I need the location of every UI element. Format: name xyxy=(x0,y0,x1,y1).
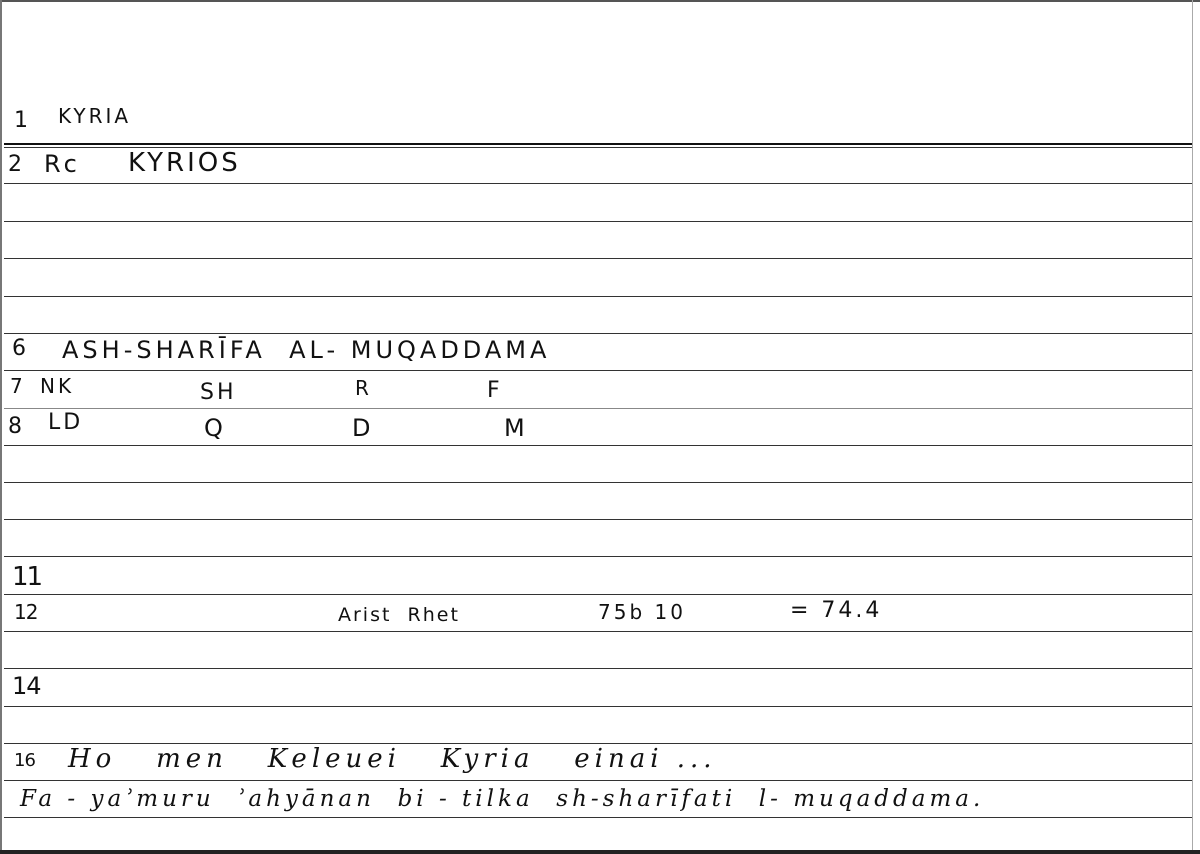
arabic-translation: Fa - yaʾmuru ʾahyānan bi - tilka sh-shar… xyxy=(20,786,984,812)
ruled-line xyxy=(4,482,1192,483)
page-reference: 75b 10 xyxy=(598,600,686,624)
headword: KYRIA xyxy=(58,104,131,128)
ruled-line-dashed xyxy=(4,408,1192,409)
ruled-line xyxy=(4,817,1192,818)
card-bottom-edge xyxy=(0,850,1200,854)
line-number: 14 xyxy=(12,672,41,700)
line-label: LD xyxy=(48,410,83,435)
ruled-line xyxy=(4,143,1192,145)
line-number: 1 xyxy=(14,108,28,133)
equivalent-reference: = 74.4 xyxy=(790,598,882,623)
root-letter: F xyxy=(487,378,503,403)
line-number: 16 xyxy=(14,750,35,771)
index-card: 1 KYRIA 2 Rc KYRIOS 6 ASH-SHARĪFA AL- MU… xyxy=(0,0,1200,854)
line-label: NK xyxy=(40,374,74,398)
root-word: KYRIOS xyxy=(128,148,241,178)
greek-quotation: Ho men Keleuei Kyria einai ... xyxy=(68,744,717,774)
ruled-line xyxy=(4,370,1192,371)
ruled-line xyxy=(4,631,1192,632)
line-number: 6 xyxy=(12,336,26,361)
source-citation: Arist Rhet xyxy=(338,604,460,626)
line-number: 8 xyxy=(8,414,22,439)
ruled-line xyxy=(4,221,1192,222)
ruled-line xyxy=(4,183,1192,184)
card-top-edge xyxy=(0,0,1200,2)
ruled-line xyxy=(4,296,1192,297)
card-right-edge xyxy=(1192,0,1193,854)
arabic-equivalent: ASH-SHARĪFA AL- MUQADDAMA xyxy=(62,336,550,364)
ruled-line xyxy=(4,668,1192,669)
ruled-line xyxy=(4,519,1192,520)
ruled-line xyxy=(4,333,1192,334)
line-label: Rc xyxy=(44,150,80,178)
root-letter: R xyxy=(355,376,372,400)
root-letter: SH xyxy=(200,380,237,405)
ruled-line xyxy=(4,258,1192,259)
line-number: 12 xyxy=(14,600,37,624)
root-letter: M xyxy=(504,414,528,442)
ruled-line xyxy=(4,556,1192,557)
root-letter: D xyxy=(352,414,373,442)
card-left-edge xyxy=(0,0,2,854)
root-letter: Q xyxy=(204,414,226,442)
line-number: 11 xyxy=(12,562,41,592)
ruled-line xyxy=(4,594,1192,595)
ruled-line xyxy=(4,445,1192,446)
ruled-line xyxy=(4,780,1192,781)
ruled-line xyxy=(4,706,1192,707)
line-number: 7 xyxy=(10,374,23,398)
line-number: 2 xyxy=(8,152,22,177)
